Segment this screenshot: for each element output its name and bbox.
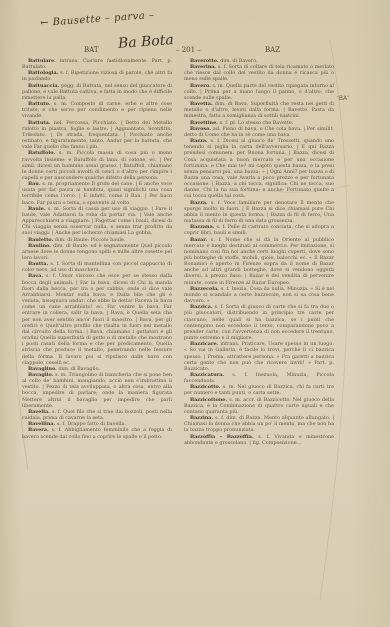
- entry-definition: s. f. Drappo fatto di bavella.: [57, 421, 126, 427]
- dictionary-entry: Bazza. s. f. Voce familiare per denotare…: [184, 200, 334, 225]
- entry-headword: Baulino.: [28, 243, 51, 249]
- dictionary-entry: Battulare. intrans. Ciarlare fastidiosam…: [22, 58, 172, 70]
- entry-headword: Bazza.: [190, 200, 208, 206]
- entry-headword: Bavettine.: [190, 120, 218, 126]
- entry-headword: Bauletto.: [28, 237, 53, 243]
- entry-definition: s. m. Triangolino di biancheria che si p…: [22, 372, 172, 409]
- entry-headword: Bautta.: [28, 261, 48, 267]
- entry-headword: Bazzòffia – Bazzòffia.: [190, 434, 254, 440]
- entry-headword: Baule.: [28, 206, 46, 212]
- entry-headword: Bazzecola.: [190, 286, 219, 292]
- entry-headword: Bazzicotto.: [190, 384, 220, 390]
- dictionary-entry: Bavetta. dim. di Bava. Superfluità che r…: [184, 101, 334, 119]
- entry-headword: Bazzina.: [190, 415, 213, 421]
- left-column: Battulare. intrans. Ciarlare fastidiosam…: [22, 58, 172, 440]
- dictionary-entry: Bavella. s. f. Quel filo che si trae dai…: [22, 409, 172, 421]
- stray-mark: ‘BA’: [337, 95, 349, 102]
- page-header: BAT – 201 – BAZ: [20, 46, 350, 58]
- entry-headword: Bazzicatura.: [190, 372, 224, 378]
- entry-headword: Battologia.: [28, 70, 58, 76]
- dictionary-entry: Bava. s. f. Umor viscoso che esce per se…: [22, 273, 172, 365]
- entry-definition: s. f. Nome che si dà in Oriente al pubbl…: [184, 237, 334, 286]
- dictionary-entry: Baverina. s. f. Sorta di collare di tela…: [184, 64, 334, 82]
- dictionary-entry: Bazzina. s. f. dim. di Bazza. Mento alqu…: [184, 415, 334, 433]
- dictionary-entry: Bazza. s. f. Dicesi al giuoco de' Tresse…: [184, 138, 334, 200]
- entry-headword: Bavera.: [28, 427, 49, 433]
- dictionary-entry: Bavero. s. m. Quella parte del vestito r…: [184, 83, 334, 101]
- entry-headword: Bavella.: [28, 409, 50, 415]
- entry-headword: Battuto.: [28, 101, 51, 107]
- page-number: – 201 –: [176, 46, 201, 54]
- left-guide-word: BAT: [84, 46, 99, 54]
- dictionary-entry: Bazzòffia – Bazzòffia. s. f. Vivanda o m…: [184, 434, 334, 446]
- entry-headword: Baverotto.: [190, 58, 219, 64]
- dictionary-entry: Batuffolo. s. m. Piccola massa di cosa p…: [22, 150, 172, 181]
- dictionary-entry: Baulino. dim. di Baule: ed è segnatament…: [22, 243, 172, 261]
- dictionary-entry: Bazzicare. intrans. Praticare, Usare spe…: [184, 341, 334, 372]
- right-guide-word: BAZ: [265, 46, 280, 54]
- dictionary-entry: Bavaglio. s. m. Triangolino di biancheri…: [22, 372, 172, 409]
- entry-headword: Batuffolo.: [28, 150, 55, 156]
- entry-headword: Battuta.: [28, 120, 51, 126]
- dictionary-entry: Bazzicottone. s. m. accr. di Bazzicotto.…: [184, 397, 334, 415]
- dictionary-entry: Bazzecola. s. f. Inezia, Cosa da nulla, …: [184, 286, 334, 304]
- dictionary-entry: Bavoso. ad. Pieno di bava, o Che cola ba…: [184, 126, 334, 138]
- entry-definition: dim. di Bavero.: [220, 58, 258, 64]
- dictionary-entry: Bazzicatura. s. f. Inezuola, Minuzia, Pi…: [184, 372, 334, 384]
- entry-definition: dim. di Bavaglio.: [58, 366, 100, 372]
- entry-definition: s. f. pl. Lo stesso che Bavette.: [220, 120, 294, 126]
- entry-definition: s. m. propriamente Il grido del cane. | …: [22, 181, 172, 205]
- entry-headword: Bavaglino.: [28, 366, 57, 372]
- entry-headword: Battulare.: [28, 58, 56, 64]
- entry-headword: Bau.: [28, 181, 41, 187]
- scanned-dictionary-page: ← Bausette – parva – Ba Bota BAT – 201 –…: [0, 0, 390, 627]
- handwritten-annotation-line1: ← Bausette – parva –: [40, 10, 155, 29]
- entry-headword: Bazzana.: [190, 224, 214, 230]
- dictionary-entry: Bavera. s. f. Abbigliamento femminile ch…: [22, 427, 172, 439]
- entry-definition: s. f. Dicesi al giuoco de' Tressetti, qu…: [184, 138, 334, 199]
- entry-definition: s. f. Umor viscoso che esce per se stess…: [22, 273, 172, 365]
- entry-headword: Bazza.: [190, 138, 208, 144]
- entry-headword: Bazzicottone.: [190, 397, 227, 403]
- dictionary-entry: Bau. s. m. propriamente Il grido del can…: [22, 181, 172, 206]
- dictionary-entry: Battuta. nel. Percossa, Picchiato. | Det…: [22, 120, 172, 151]
- dictionary-entry: Bautta. s. f. Sorta di mantellina con pi…: [22, 261, 172, 273]
- dictionary-entry: Bazar. s. f. Nome che si dà in Oriente a…: [184, 237, 334, 286]
- entry-headword: Bavellina.: [28, 421, 55, 427]
- entry-headword: Bavero.: [190, 83, 211, 89]
- dictionary-entry: Battuaccia. pegg. di Battuta, nel senso …: [22, 83, 172, 101]
- dictionary-entry: Bazzana. s. f. Pelle di castrato conciat…: [184, 224, 334, 236]
- entry-definition: dim. di Baule: Piccolo baule.: [55, 237, 126, 243]
- entry-headword: Battuaccia.: [28, 83, 59, 89]
- dictionary-entry: Battologia. s. f. Ripetizione viziosa di…: [22, 70, 172, 82]
- dictionary-entry: Bazzicotto. s. m. Nel giuoco di Bazzica,…: [184, 384, 334, 396]
- dictionary-entry: Bazzica. s. f. Sorta di giuoco di carte …: [184, 304, 334, 341]
- dictionary-entry: Baule. s. m. Sorta di cassa per uso di v…: [22, 206, 172, 237]
- entry-definition: s. f. Sorta di giuoco di carte che si fa…: [184, 304, 334, 341]
- right-column: Baverotto. dim. di Bavero. Baverina. s. …: [184, 58, 334, 446]
- entry-headword: Bava.: [28, 273, 43, 279]
- entry-headword: Bavetta.: [190, 101, 213, 107]
- entry-headword: Bazar.: [190, 237, 207, 243]
- dictionary-entry: Battuto. s. m. Composto di carne, erbe e…: [22, 101, 172, 119]
- entry-headword: Bavoso.: [190, 126, 211, 132]
